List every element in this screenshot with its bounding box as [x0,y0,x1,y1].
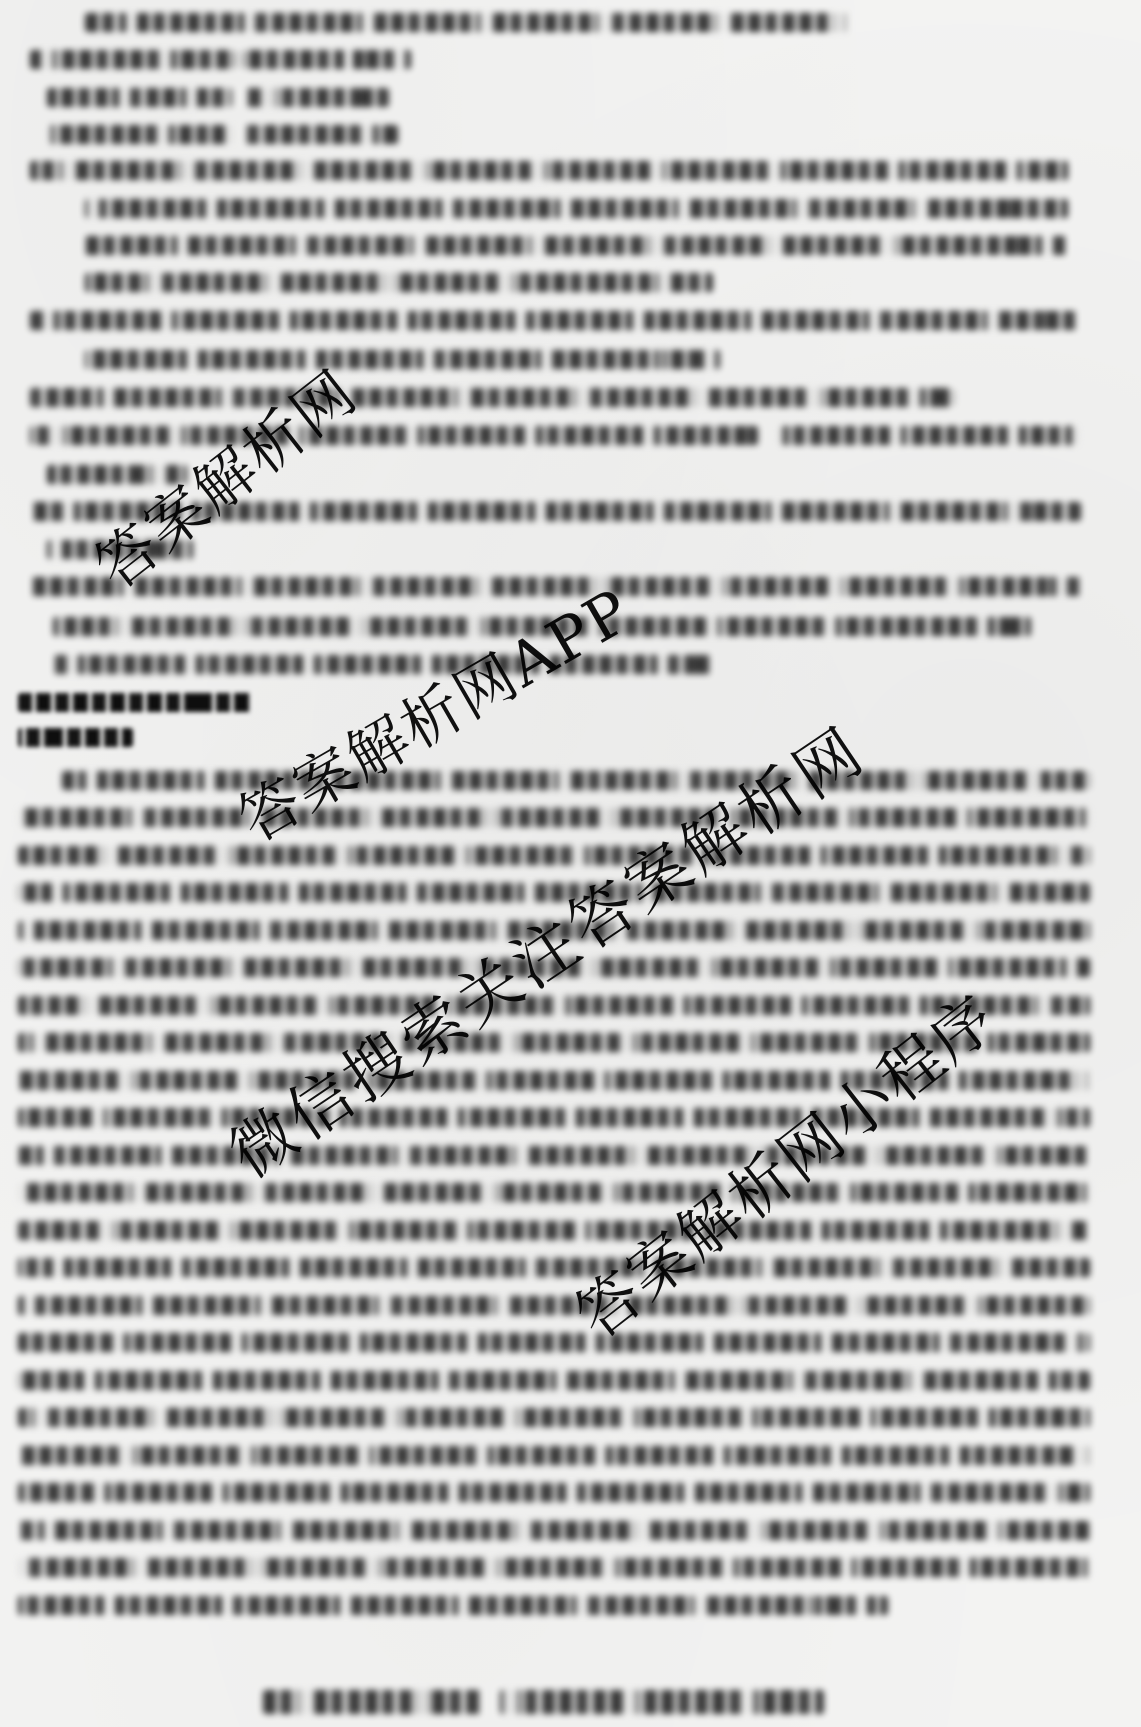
watermark-layer: 答案解析网答案解析网APP微信搜索关注答案解析网答案解析网小程序 [0,0,1141,1727]
watermark-text-1: 答案解析网 [86,361,367,599]
watermark-text-4: 答案解析网小程序 [566,985,1008,1349]
scanned-answer-sheet-page: 答案解析网答案解析网APP微信搜索关注答案解析网答案解析网小程序 [0,0,1141,1727]
watermark-text-2: 答案解析网APP [230,580,641,852]
watermark-text-3: 微信搜索关注答案解析网 [220,718,876,1189]
